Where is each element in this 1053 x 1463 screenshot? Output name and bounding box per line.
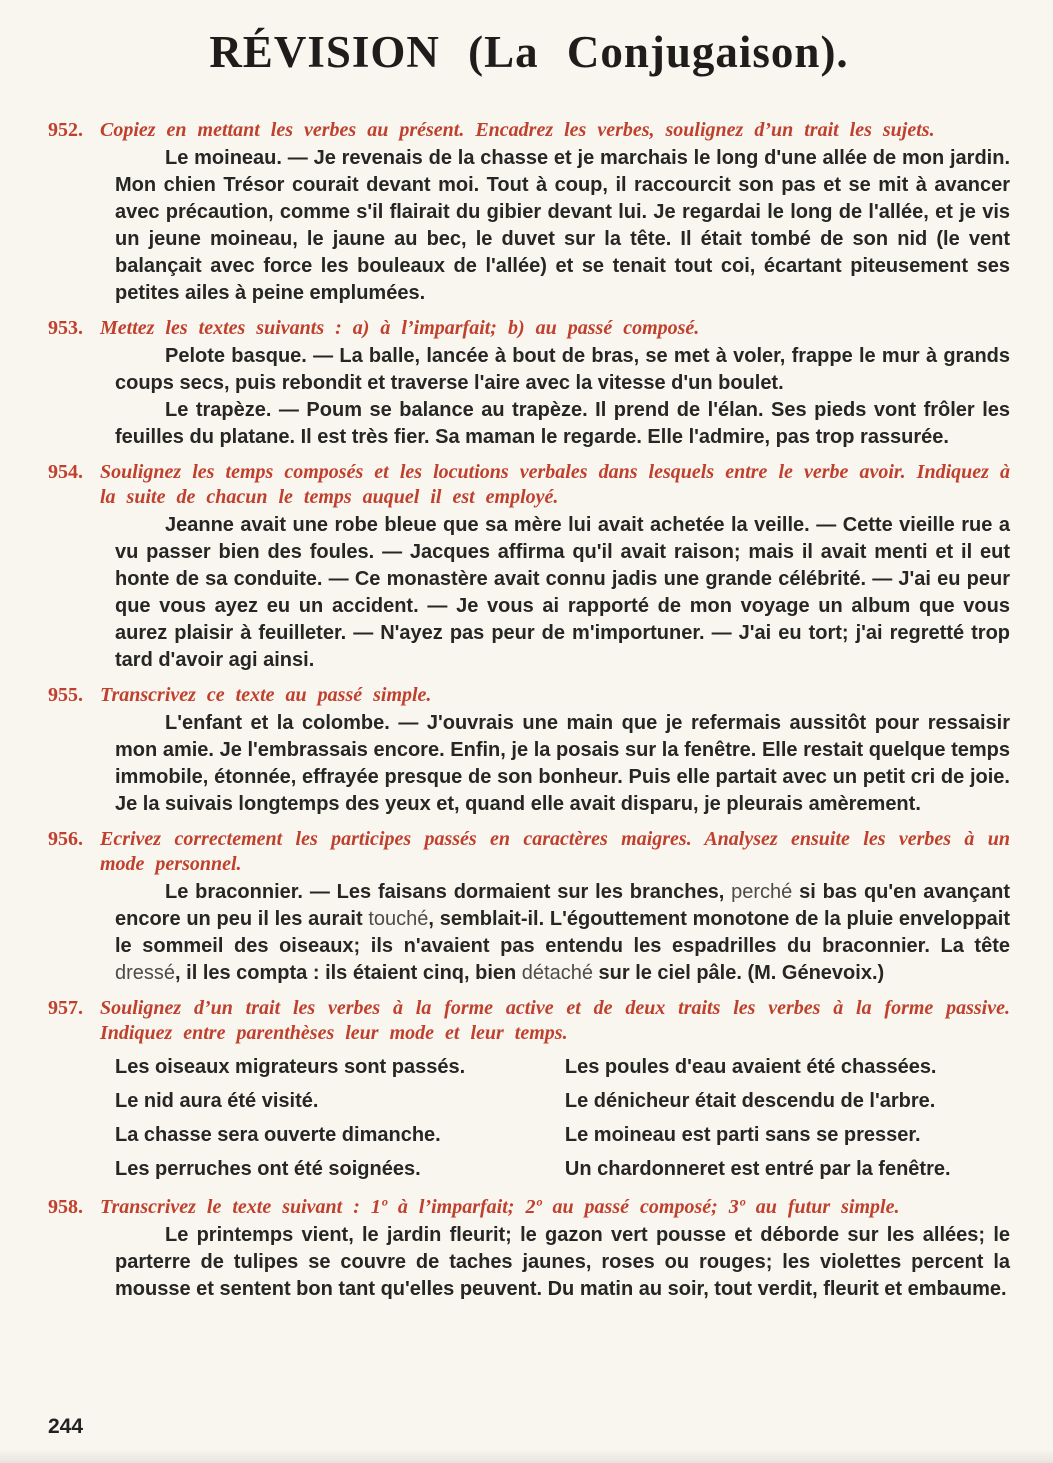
exercise-paragraph: Jeanne avait une robe bleue que sa mère … (115, 512, 1010, 674)
exercise-number: 953. (48, 316, 100, 341)
text-segment: , il les compta : ils étaient cinq, bien (175, 962, 522, 984)
exercise-instruction: Copiez en mettant les verbes au présent.… (100, 118, 1010, 143)
exercise-955: 955.Transcrivez ce texte au passé simple… (48, 683, 1010, 818)
exercise-958: 958.Transcrivez le texte suivant : 1º à … (48, 1195, 1010, 1303)
exercise-number: 958. (48, 1195, 100, 1220)
sentence-columns: Les oiseaux migrateurs sont passés.Le ni… (115, 1050, 1010, 1186)
exercise-body: L'enfant et la colombe. — J'ouvrais une … (115, 710, 1010, 818)
sentence-line: Le dénicheur était descendu de l'arbre. (565, 1084, 1010, 1118)
text-segment: Le printemps vient, le jardin fleurit; l… (115, 1224, 1010, 1300)
sentence-column-1: Les oiseaux migrateurs sont passés.Le ni… (115, 1050, 539, 1186)
exercise-body: Le moineau. — Je revenais de la chasse e… (115, 145, 1010, 307)
exercise-number: 956. (48, 827, 100, 877)
exercise-list: 952.Copiez en mettant les verbes au prés… (48, 118, 1010, 1303)
text-segment: Jeanne avait une robe bleue que sa mère … (115, 514, 1010, 671)
page-number: 244 (48, 1415, 83, 1439)
exercise-body: Le printemps vient, le jardin fleurit; l… (115, 1222, 1010, 1303)
exercise-header: 953.Mettez les textes suivants : a) à l’… (48, 316, 1010, 341)
exercise-instruction: Transcrivez le texte suivant : 1º à l’im… (100, 1195, 1010, 1220)
sentence-line: Les poules d'eau avaient été chassées. (565, 1050, 1010, 1084)
page-title: RÉVISION (La Conjugaison). (48, 26, 1010, 78)
exercise-956: 956.Ecrivez correctement les participes … (48, 827, 1010, 987)
exercise-instruction: Soulignez d’un trait les verbes à la for… (100, 996, 1010, 1046)
exercise-paragraph: Le moineau. — Je revenais de la chasse e… (115, 145, 1010, 307)
text-segment: L'enfant et la colombe. — J'ouvrais une … (115, 712, 1010, 815)
sentence-line: Les perruches ont été soignées. (115, 1152, 539, 1186)
past-participle-light: dressé (115, 962, 175, 984)
past-participle-light: touché (368, 908, 428, 930)
text-segment: Le braconnier. — Les faisans dormaient s… (165, 881, 731, 903)
sentence-line: Les oiseaux migrateurs sont passés. (115, 1050, 539, 1084)
exercise-body: Pelote basque. — La balle, lancée à bout… (115, 343, 1010, 451)
text-segment: Pelote basque. — La balle, lancée à bout… (115, 345, 1010, 394)
exercise-paragraph: Pelote basque. — La balle, lancée à bout… (115, 343, 1010, 397)
sentence-line: La chasse sera ouverte dimanche. (115, 1118, 539, 1152)
exercise-number: 955. (48, 683, 100, 708)
exercise-number: 952. (48, 118, 100, 143)
book-page: RÉVISION (La Conjugaison). 952.Copiez en… (0, 0, 1053, 1463)
exercise-number: 954. (48, 460, 100, 510)
exercise-header: 955.Transcrivez ce texte au passé simple… (48, 683, 1010, 708)
exercise-header: 958.Transcrivez le texte suivant : 1º à … (48, 1195, 1010, 1220)
exercise-954: 954.Soulignez les temps composés et les … (48, 460, 1010, 674)
exercise-instruction: Mettez les textes suivants : a) à l’impa… (100, 316, 1010, 341)
exercise-header: 952.Copiez en mettant les verbes au prés… (48, 118, 1010, 143)
exercise-body: Le braconnier. — Les faisans dormaient s… (115, 879, 1010, 987)
text-segment: Le moineau. — Je revenais de la chasse e… (115, 147, 1010, 304)
past-participle-light: perché (731, 881, 792, 903)
exercise-957: 957.Soulignez d’un trait les verbes à la… (48, 996, 1010, 1186)
exercise-header: 957.Soulignez d’un trait les verbes à la… (48, 996, 1010, 1046)
exercise-953: 953.Mettez les textes suivants : a) à l’… (48, 316, 1010, 451)
exercise-header: 956.Ecrivez correctement les participes … (48, 827, 1010, 877)
exercise-header: 954.Soulignez les temps composés et les … (48, 460, 1010, 510)
exercise-paragraph: L'enfant et la colombe. — J'ouvrais une … (115, 710, 1010, 818)
exercise-952: 952.Copiez en mettant les verbes au prés… (48, 118, 1010, 307)
exercise-paragraph: Le braconnier. — Les faisans dormaient s… (115, 879, 1010, 987)
exercise-paragraph: Le printemps vient, le jardin fleurit; l… (115, 1222, 1010, 1303)
sentence-line: Le moineau est parti sans se presser. (565, 1118, 1010, 1152)
exercise-instruction: Soulignez les temps composés et les locu… (100, 460, 1010, 510)
text-segment: sur le ciel pâle. (M. Génevoix.) (593, 962, 884, 984)
past-participle-light: détaché (522, 962, 593, 984)
exercise-instruction: Ecrivez correctement les participes pass… (100, 827, 1010, 877)
sentence-line: Le nid aura été visité. (115, 1084, 539, 1118)
exercise-paragraph: Le trapèze. — Poum se balance au trapèze… (115, 397, 1010, 451)
text-segment: Le trapèze. — Poum se balance au trapèze… (115, 399, 1010, 448)
exercise-body: Jeanne avait une robe bleue que sa mère … (115, 512, 1010, 674)
sentence-line: Un chardonneret est entré par la fenêtre… (565, 1152, 1010, 1186)
sentence-column-2: Les poules d'eau avaient été chassées.Le… (565, 1050, 1010, 1186)
exercise-number: 957. (48, 996, 100, 1046)
exercise-instruction: Transcrivez ce texte au passé simple. (100, 683, 1010, 708)
